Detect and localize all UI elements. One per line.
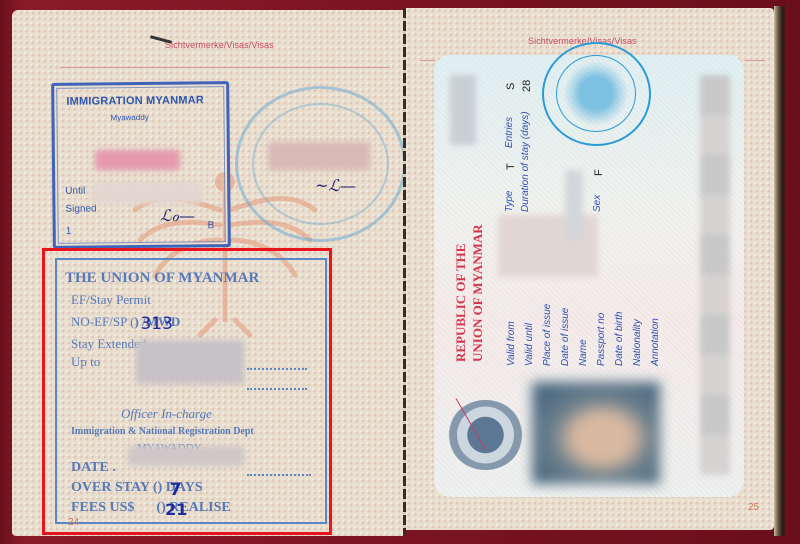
field-valid-from-label: Valid from	[506, 321, 517, 366]
page-edge	[774, 6, 788, 536]
redacted-date	[95, 150, 180, 170]
field-place-of-issue-label: Place of issue	[542, 304, 553, 366]
field-entries-value: S	[505, 83, 517, 90]
stamp-subtitle: Myawaddy	[110, 113, 148, 122]
hologram-icon	[448, 400, 523, 470]
field-entries-label: Entries	[504, 117, 515, 148]
redacted-field	[268, 142, 370, 170]
visa-issuer: REPUBLIC OF THE UNION OF MYANMAR	[452, 224, 486, 362]
until-label: Until	[65, 186, 85, 197]
field-sex-value: F	[593, 169, 605, 176]
redacted-visa-values	[565, 170, 583, 240]
field-nationality-label: Nationality	[632, 319, 643, 366]
field-type-label: Type	[504, 191, 515, 213]
holder-photo-redacted	[532, 382, 660, 484]
embassy-seal-icon	[542, 42, 651, 146]
redacted-visa-values	[498, 215, 598, 277]
left-page-header: Sichtvermerke/Visas/Visas	[165, 40, 274, 50]
field-passport-no-label: Passport no	[596, 313, 607, 366]
stamp-counter: 1	[66, 226, 72, 237]
field-name-label: Name	[578, 339, 589, 366]
header-rule	[745, 60, 765, 61]
field-duration-label: Duration of stay (days)	[520, 111, 531, 212]
redacted-until	[92, 182, 202, 204]
signature: ~ℒ—	[315, 176, 356, 195]
stamp-letter: B	[208, 220, 215, 231]
issuer-line-2: UNION OF MYANMAR	[469, 224, 486, 362]
field-valid-until-label: Valid until	[524, 323, 535, 366]
immigration-signature: ℒℴ—	[160, 206, 195, 225]
stamp-title: IMMIGRATION MYANMAR	[66, 94, 204, 107]
page-number-right: 25	[748, 502, 759, 513]
header-rule	[420, 60, 435, 61]
highlight-box	[42, 248, 332, 535]
field-sex-label: Sex	[592, 195, 603, 212]
signed-label: Signed	[65, 203, 96, 214]
redacted-visa-number	[450, 75, 476, 145]
field-type-value: T	[505, 163, 517, 170]
issuer-line-1: REPUBLIC OF THE	[452, 224, 469, 362]
header-rule	[60, 67, 390, 68]
field-date-of-issue-label: Date of issue	[560, 308, 571, 366]
field-duration-value: 28	[521, 80, 533, 92]
field-annotation-label: Annotation	[650, 318, 661, 366]
field-date-of-birth-label: Date of birth	[614, 312, 625, 366]
redacted-mrz	[700, 75, 730, 475]
